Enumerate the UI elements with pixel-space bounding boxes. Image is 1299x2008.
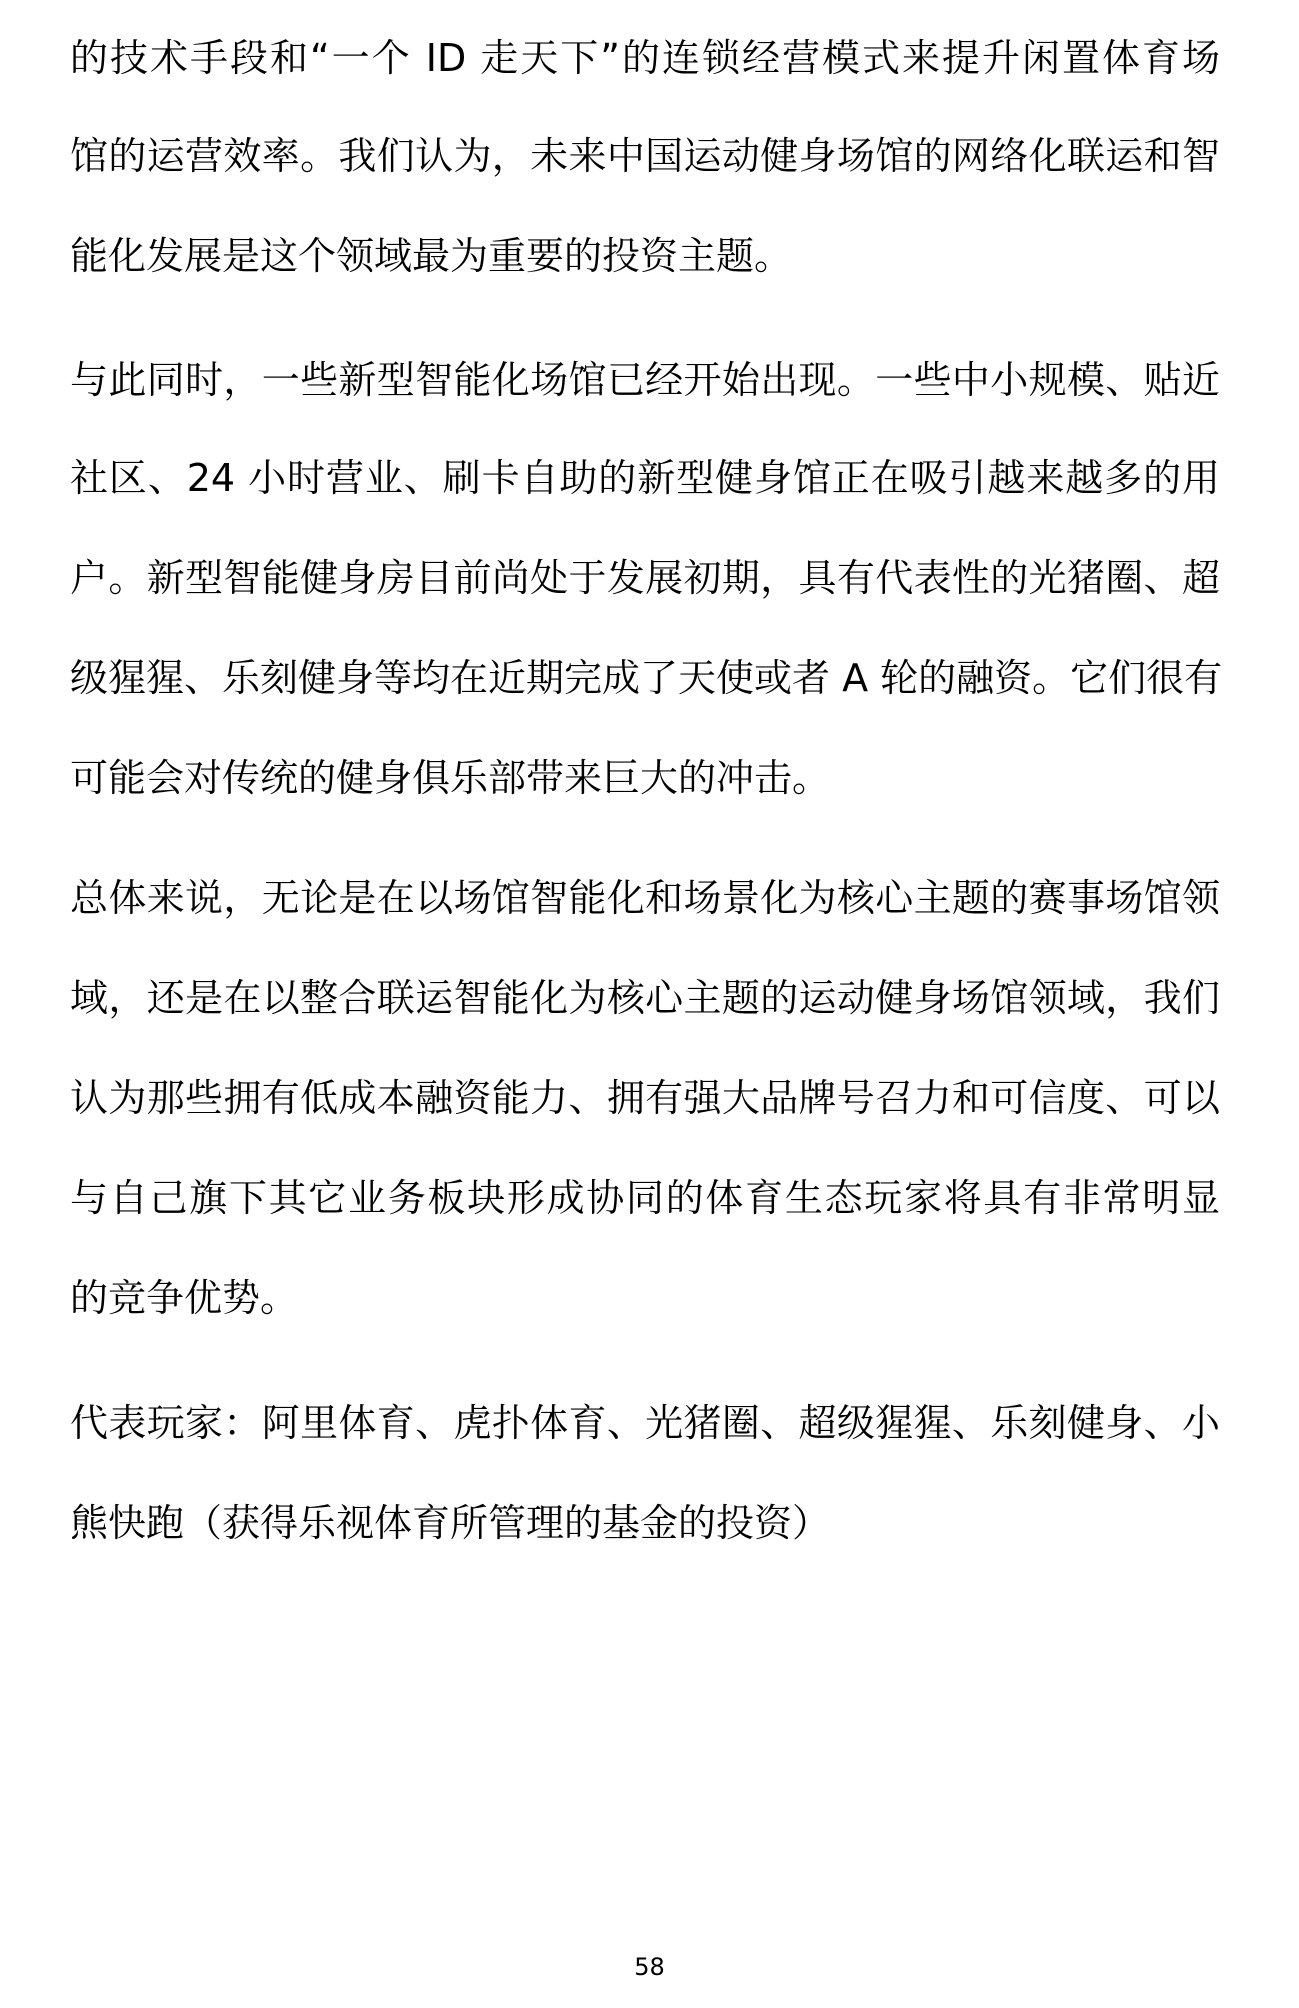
document-page: 的技术手段和“一个 ID 走天下”的连锁经营模式来提升闲置体育场 馆的运营效率。… xyxy=(0,0,1299,2008)
page-number: 58 xyxy=(0,1952,1299,1982)
text-line: 认为那些拥有低成本融资能力、拥有强大品牌号召力和可信度、可以 xyxy=(70,1073,1220,1123)
text-line: 与自己旗下其它业务板块形成协同的体育生态玩家将具有非常明显 xyxy=(70,1173,1220,1223)
text-line: 能化发展是这个领域最为重要的投资主题。 xyxy=(70,231,1220,281)
text-line: 熊快跑（获得乐视体育所管理的基金的投资） xyxy=(70,1498,1220,1548)
text-line: 代表玩家：阿里体育、虎扑体育、光猪圈、超级猩猩、乐刻健身、小 xyxy=(70,1398,1220,1448)
text-line: 户。新型智能健身房目前尚处于发展初期，具有代表性的光猪圈、超 xyxy=(70,553,1220,603)
text-line: 可能会对传统的健身俱乐部带来巨大的冲击。 xyxy=(70,753,1220,803)
text-line: 级猩猩、乐刻健身等均在近期完成了天使或者 A 轮的融资。它们很有 xyxy=(70,653,1220,703)
text-line: 总体来说，无论是在以场馆智能化和场景化为核心主题的赛事场馆领 xyxy=(70,873,1220,923)
text-line: 域，还是在以整合联运智能化为核心主题的运动健身场馆领域，我们 xyxy=(70,973,1220,1023)
text-line: 与此同时，一些新型智能化场馆已经开始出现。一些中小规模、贴近 xyxy=(70,355,1220,405)
text-line: 的竞争优势。 xyxy=(70,1273,1220,1323)
text-line: 的技术手段和“一个 ID 走天下”的连锁经营模式来提升闲置体育场 xyxy=(70,33,1220,83)
text-line: 社区、24 小时营业、刷卡自助的新型健身馆正在吸引越来越多的用 xyxy=(70,453,1220,503)
text-line: 馆的运营效率。我们认为，未来中国运动健身场馆的网络化联运和智 xyxy=(70,131,1220,181)
